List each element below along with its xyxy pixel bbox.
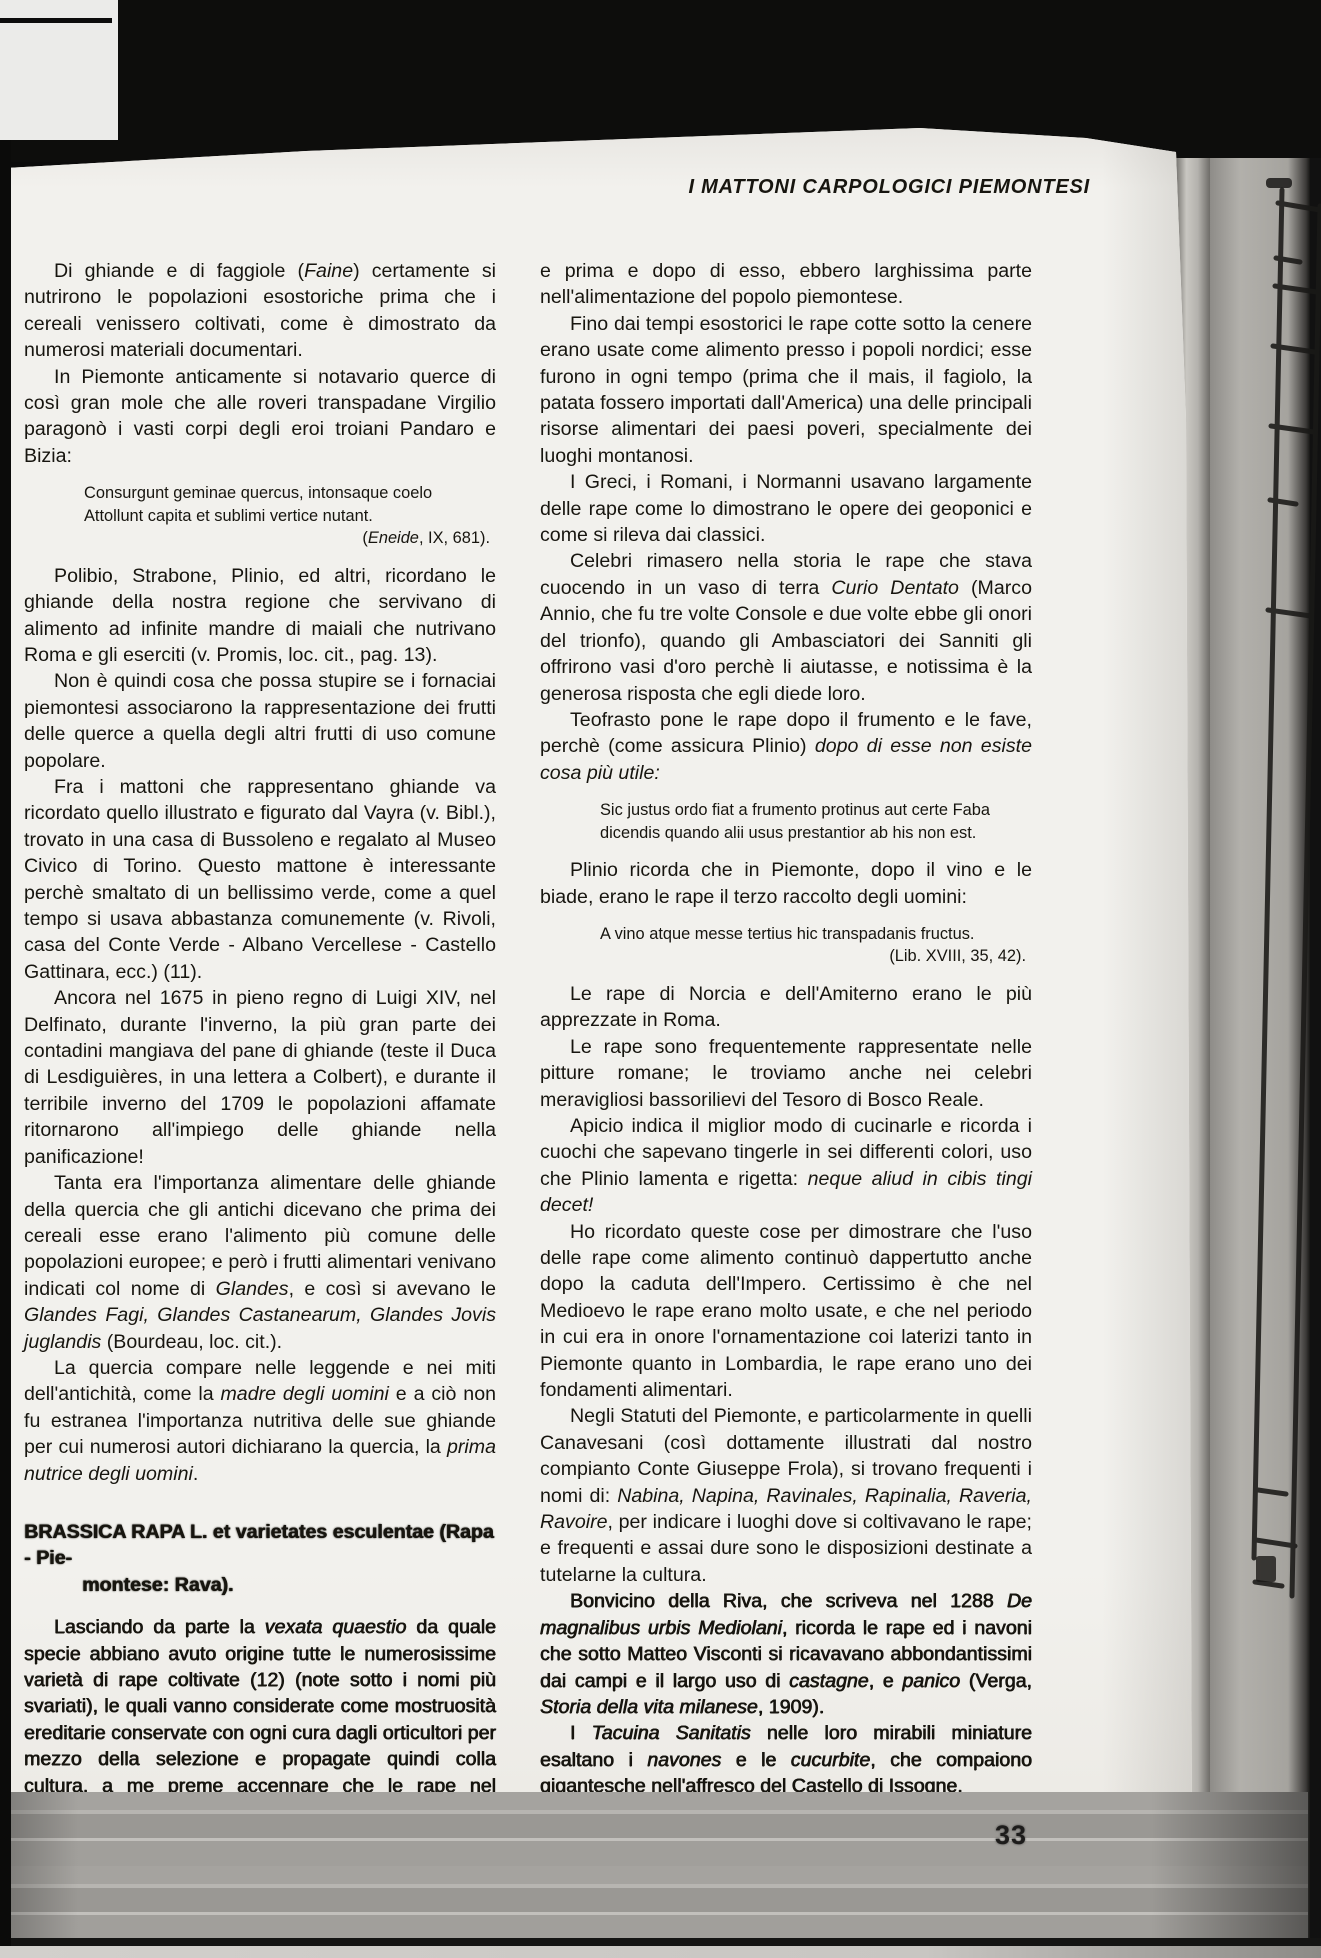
paragraph: Polibio, Strabone, Plinio, ed altri, ric… <box>24 563 496 669</box>
quote-line: Sic justus ordo fiat a frumento protinus… <box>600 799 1032 822</box>
quote-line: A vino atque messe tertius hic transpada… <box>600 923 1032 946</box>
paragraph: Ho ricordato queste cose per dimostrare … <box>540 1219 1032 1404</box>
paragraph: I Tacuina Sanitatis nelle loro mirabili … <box>540 1720 1032 1799</box>
paragraph: Tanta era l'importanza alimentare delle … <box>24 1170 496 1355</box>
paragraph: La quercia compare nelle leggende e nei … <box>24 1355 496 1487</box>
paragraph: Le rape di Norcia e dell'Amiterno erano … <box>540 981 1032 1034</box>
paragraph: I Greci, i Romani, i Normanni usavano la… <box>540 469 1032 548</box>
paragraph: In Piemonte anticamente si notavario que… <box>24 364 496 470</box>
quote-line: dicendis quando alii usus prestantior ab… <box>600 822 1032 845</box>
latin-quote: Sic justus ordo fiat a frumento protinus… <box>600 799 1032 844</box>
latin-quote: A vino atque messe tertius hic transpada… <box>600 923 1032 968</box>
bottom-page-edges: 33 <box>0 1792 1308 1940</box>
paragraph: Negli Statuti del Piemonte, e particolar… <box>540 1403 1032 1588</box>
heading-line: BRASSICA RAPA L. et varietates esculenta… <box>24 1519 496 1572</box>
page-stack-strip <box>1210 158 1310 1940</box>
quote-attribution: (Lib. XVIII, 35, 42). <box>600 945 1032 968</box>
running-header: I MATTONI CARPOLOGICI PIEMONTESI <box>640 176 1090 199</box>
black-backdrop-band <box>0 0 1321 162</box>
page-number: 33 <box>995 1820 1027 1851</box>
paragraph: Fino dai tempi esostorici le rape cotte … <box>540 311 1032 469</box>
sheet-edge-line <box>0 18 112 23</box>
scanned-book-photo: I MATTONI CARPOLOGICI PIEMONTESI Di ghia… <box>0 0 1321 1958</box>
book-fore-edge <box>1172 158 1321 1940</box>
latin-quote: Consurgunt geminae quercus, intonsaque c… <box>84 482 496 550</box>
paragraph: Le rape sono frequentemente rappresentat… <box>540 1034 1032 1113</box>
paragraph: e prima e dopo di esso, ebbero larghissi… <box>540 258 1032 311</box>
paragraph: Plinio ricorda che in Piemonte, dopo il … <box>540 857 1032 910</box>
paragraph: Non è quindi cosa che possa stupire se i… <box>24 668 496 774</box>
column-right: e prima e dopo di esso, ebbero larghissi… <box>540 258 1032 1800</box>
bottom-table-edge <box>0 1946 1321 1958</box>
column-left: Di ghiande e di faggiole (Faine) certame… <box>24 258 496 1825</box>
quote-line: Consurgunt geminae quercus, intonsaque c… <box>84 482 496 505</box>
photo-left-edge <box>0 140 11 1946</box>
paragraph: Apicio indica il miglior modo di cucinar… <box>540 1113 1032 1219</box>
underlying-sheet-corner <box>0 0 118 140</box>
heading-line: montese: Rava). <box>24 1572 496 1598</box>
page-edge-lines <box>1238 158 1321 1638</box>
section-heading: BRASSICA RAPA L. et varietates esculenta… <box>24 1519 496 1598</box>
quote-attribution: (Eneide, IX, 681). <box>84 527 496 550</box>
paragraph: Celebri rimasero nella storia le rape ch… <box>540 548 1032 706</box>
paragraph: Teofrasto pone le rape dopo il frumento … <box>540 707 1032 786</box>
paragraph: Fra i mattoni che rappresentano ghiande … <box>24 774 496 985</box>
paragraph: Ancora nel 1675 in pieno regno di Luigi … <box>24 985 496 1170</box>
bottom-shadow-strip <box>0 1938 1321 1946</box>
paragraph: Di ghiande e di faggiole (Faine) certame… <box>24 258 496 364</box>
quote-line: Attollunt capita et sublimi vertice nuta… <box>84 505 496 528</box>
paragraph: Bonvicino della Riva, che scriveva nel 1… <box>540 1588 1032 1720</box>
